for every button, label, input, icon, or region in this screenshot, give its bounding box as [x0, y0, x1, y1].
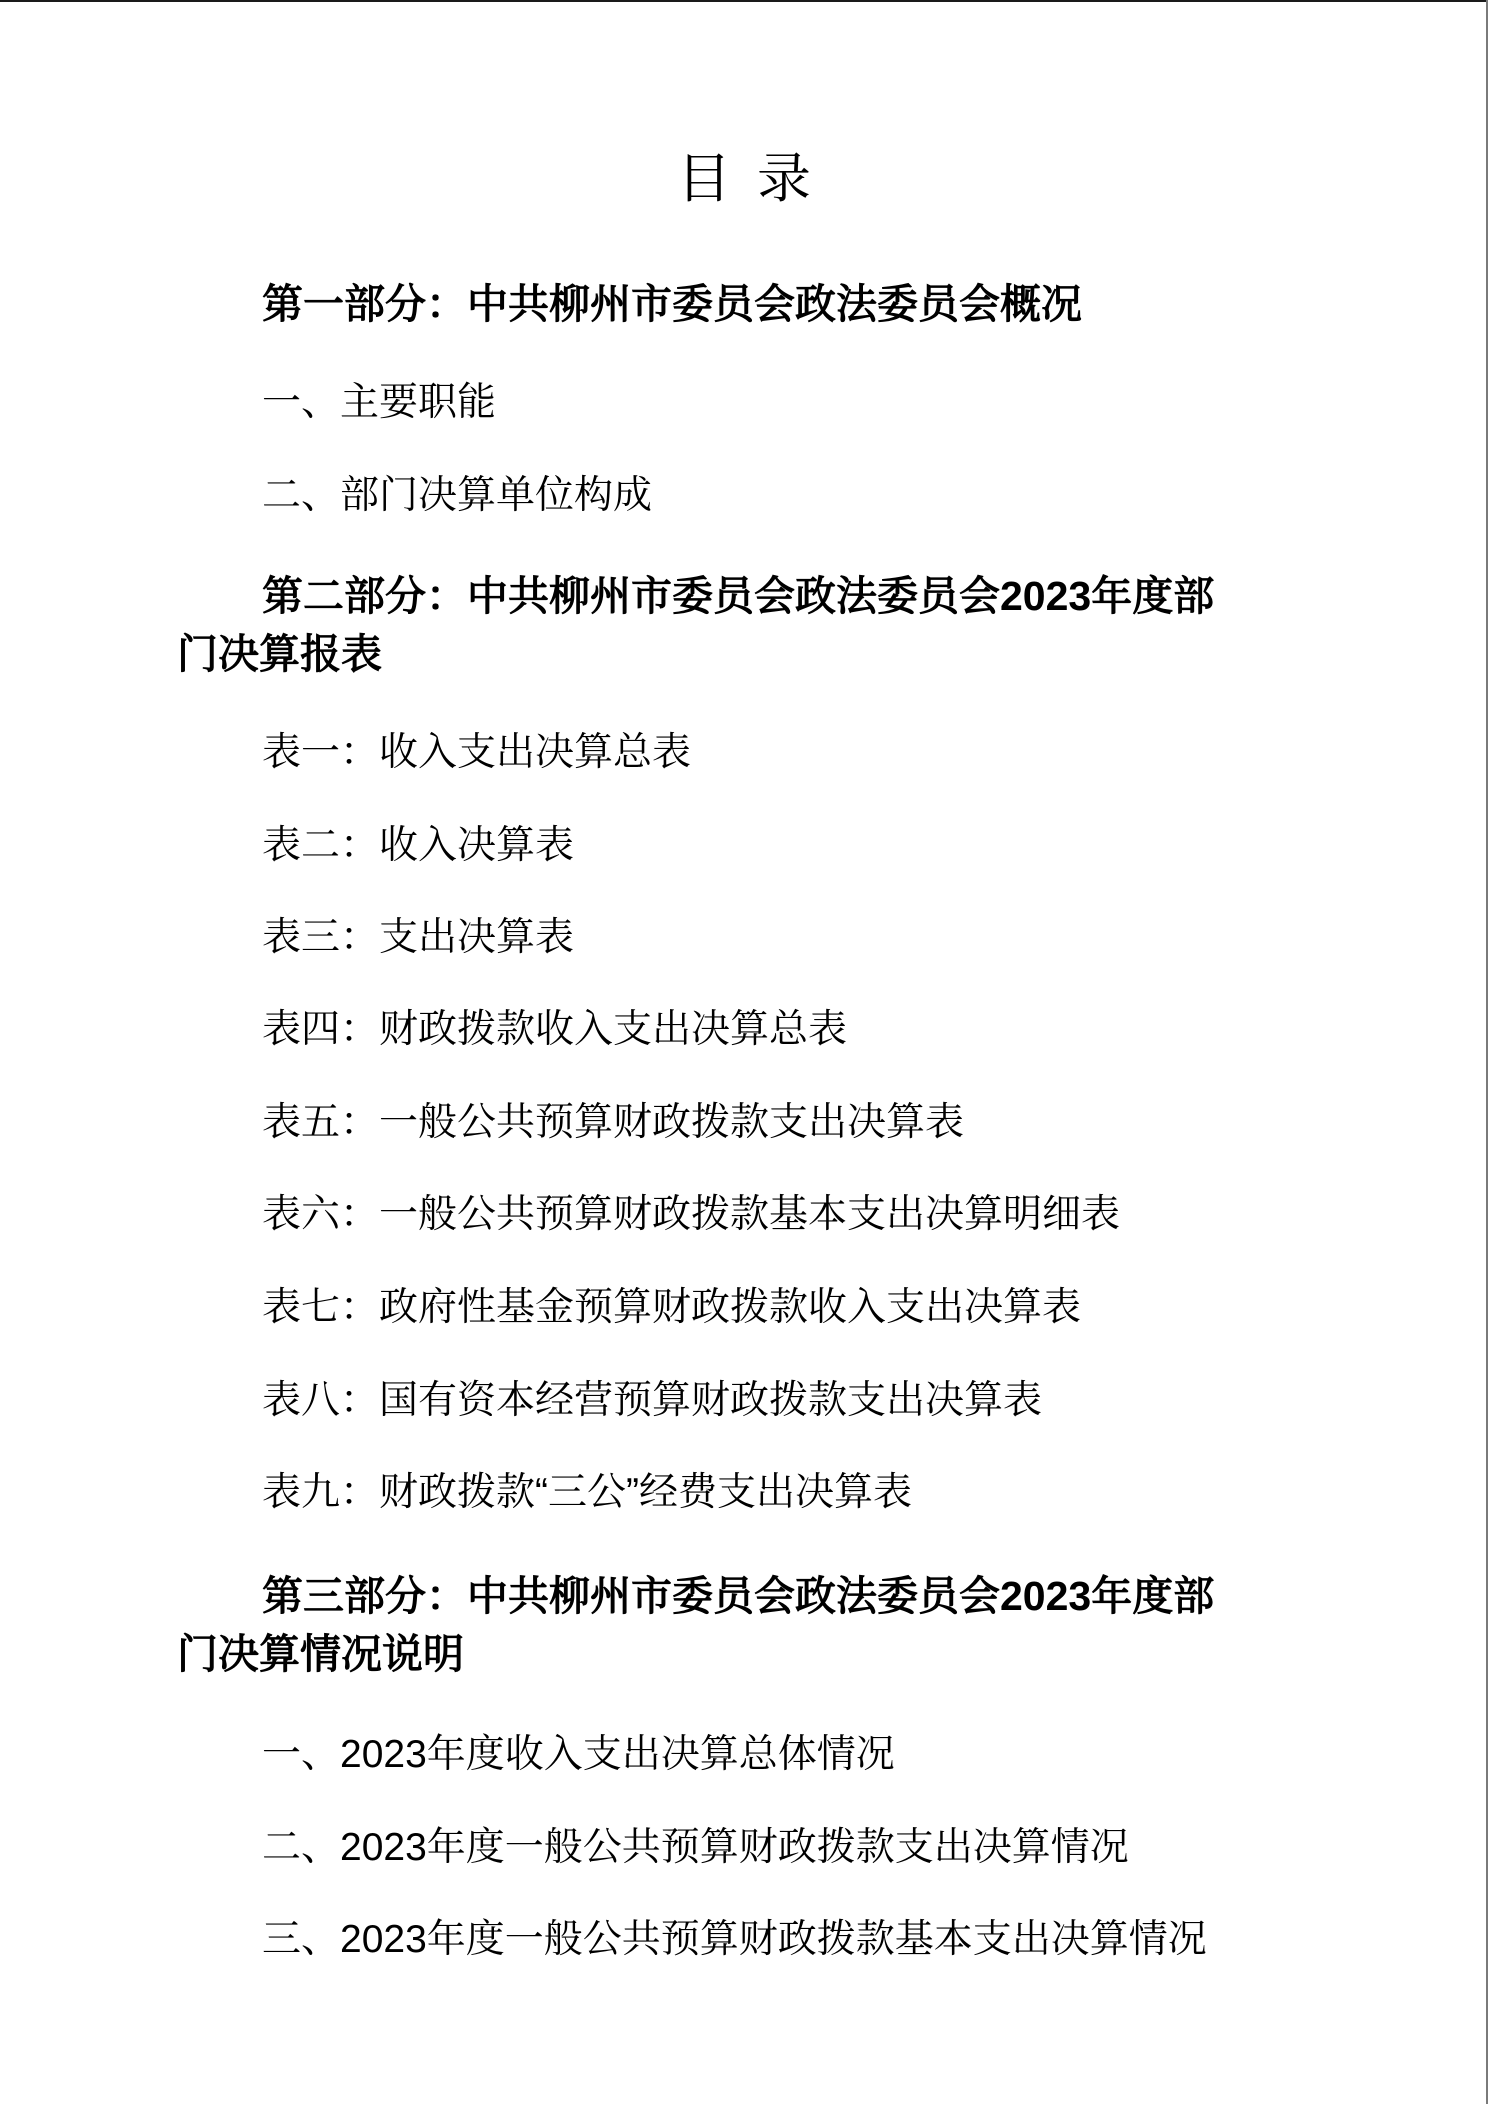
toc-item-table-7[interactable]: 表七：政府性基金预算财政拨款收入支出决算表 [262, 1288, 1081, 1327]
part-2-heading-line-2[interactable]: 门决算报表 [177, 634, 382, 675]
toc-item-unit-composition[interactable]: 二、部门决算单位构成 [262, 476, 652, 515]
toc-item-main-functions[interactable]: 一、主要职能 [262, 383, 496, 422]
toc-title-char-1: 目 [677, 149, 731, 209]
toc-item-table-5[interactable]: 表五：一般公共预算财政拨款支出决算表 [262, 1103, 964, 1142]
part-1-heading[interactable]: 第一部分：中共柳州市委员会政法委员会概况 [262, 284, 1082, 325]
toc-item-table-6[interactable]: 表六：一般公共预算财政拨款基本支出决算明细表 [262, 1195, 1120, 1234]
toc-item-table-1[interactable]: 表一：收入支出决算总表 [262, 733, 691, 772]
toc-item-table-8[interactable]: 表八：国有资本经营预算财政拨款支出决算表 [262, 1381, 1042, 1420]
toc-item-overall-situation[interactable]: 一、2023年度收入支出决算总体情况 [262, 1735, 895, 1774]
toc-item-table-2[interactable]: 表二：收入决算表 [262, 826, 574, 865]
toc-item-table-3[interactable]: 表三：支出决算表 [262, 918, 574, 957]
toc-item-basic-expenditure[interactable]: 三、2023年度一般公共预算财政拨款基本支出决算情况 [262, 1920, 1207, 1959]
toc-item-general-budget-expenditure[interactable]: 二、2023年度一般公共预算财政拨款支出决算情况 [262, 1828, 1129, 1867]
toc-item-table-9[interactable]: 表九：财政拨款“三公”经费支出决算表 [262, 1473, 912, 1512]
part-2-heading-line-1[interactable]: 第二部分：中共柳州市委员会政法委员会2023年度部 [262, 576, 1214, 617]
page-top-border [0, 0, 1488, 2]
document-page: 目录 第一部分：中共柳州市委员会政法委员会概况 一、主要职能 二、部门决算单位构… [0, 0, 1488, 2104]
part-3-heading-line-2[interactable]: 门决算情况说明 [177, 1634, 464, 1675]
part-3-heading-line-1[interactable]: 第三部分：中共柳州市委员会政法委员会2023年度部 [262, 1576, 1214, 1617]
toc-title-char-2: 录 [757, 149, 811, 209]
toc-title: 目录 [0, 152, 1488, 206]
toc-item-table-4[interactable]: 表四：财政拨款收入支出决算总表 [262, 1010, 847, 1049]
